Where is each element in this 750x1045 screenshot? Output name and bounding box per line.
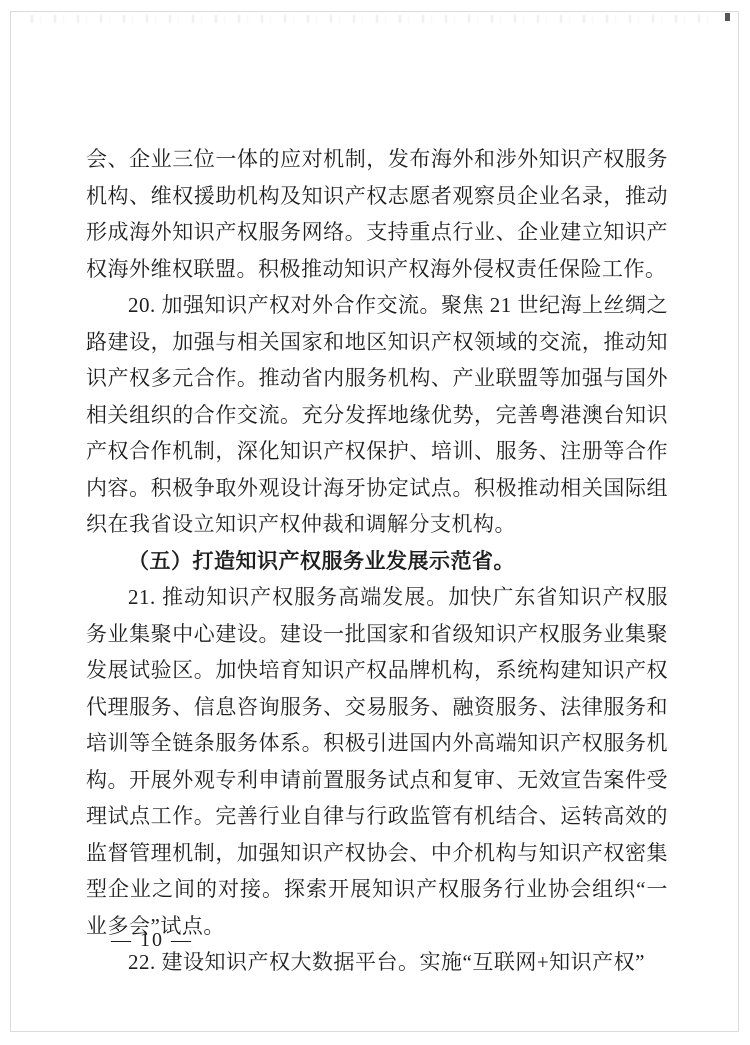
paragraph-continuation: 会、企业三位一体的应对机制，发布海外和涉外知识产权服务机构、维权援助机构及知识产… (86, 141, 668, 287)
section-heading-5: （五）打造知识产权服务业发展示范省。 (86, 543, 668, 580)
page-sheet: 会、企业三位一体的应对机制，发布海外和涉外知识产权服务机构、维权援助机构及知识产… (10, 11, 739, 1032)
document-body: 会、企业三位一体的应对机制，发布海外和涉外知识产权服务机构、维权援助机构及知识产… (86, 141, 668, 981)
scan-speck (725, 13, 730, 21)
paragraph-item-21: 21. 推动知识产权服务高端发展。加快广东省知识产权服务业集聚中心建设。建设一批… (86, 579, 668, 944)
paragraph-item-20: 20. 加强知识产权对外合作交流。聚焦 21 世纪海上丝绸之路建设，加强与相关国… (86, 287, 668, 543)
scan-artifacts (31, 15, 721, 23)
scanned-document-page: 会、企业三位一体的应对机制，发布海外和涉外知识产权服务机构、维权援助机构及知识产… (0, 0, 750, 1045)
page-number: — 10 — (111, 929, 193, 952)
